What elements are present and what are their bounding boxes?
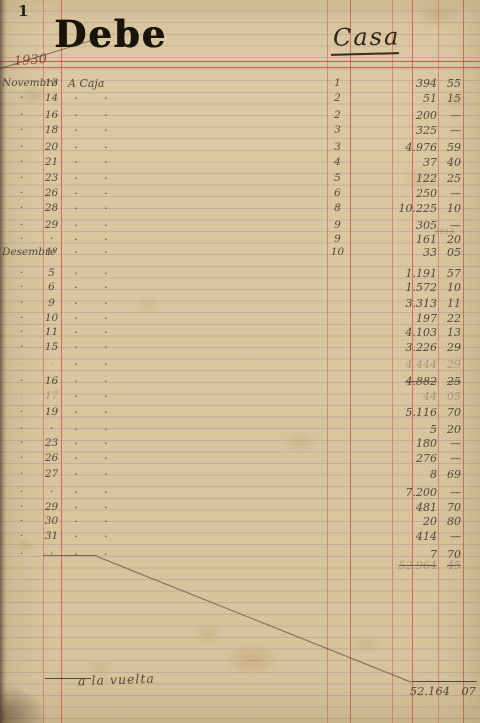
day-number: ·: [43, 423, 60, 436]
month-label: ·: [2, 468, 41, 481]
month-label: ·: [2, 390, 41, 403]
day-number: ·: [43, 486, 60, 499]
ditto-mark: ·: [104, 246, 108, 259]
ditto-mark: ·: [104, 141, 108, 154]
amount-pesetas: 4.976: [380, 141, 437, 154]
ledger-row: ·30··2080: [0, 515, 480, 529]
folio-number: 6: [327, 187, 348, 200]
month-label: ·: [2, 515, 41, 528]
amount-cents: 70: [440, 406, 461, 419]
amount-cents: 10: [440, 202, 461, 215]
ledger-row: ·19··5.11670: [0, 406, 480, 420]
ledger-row: ·23··512225: [0, 172, 480, 186]
amount-cents: 05: [440, 246, 461, 259]
ledger-row: ·17··4405: [0, 390, 480, 404]
amount-cents: 70: [440, 501, 461, 514]
amount-cents: 10: [440, 281, 461, 294]
amount-pesetas: 8: [380, 468, 437, 481]
day-number: 19: [43, 406, 60, 419]
account-title-casa: Casa: [333, 22, 401, 51]
ledger-row: ·31··414—: [0, 530, 480, 544]
day-number: 15: [43, 341, 60, 354]
day-number: 30: [43, 515, 60, 528]
amount-cents: 80: [440, 515, 461, 528]
month-label: ·: [2, 92, 41, 105]
ditto-mark: ·: [74, 515, 78, 528]
ledger-row: ·16··4.88225: [0, 375, 480, 389]
month-label: ·: [2, 406, 41, 419]
amount-pesetas: 250: [380, 187, 437, 200]
ledger-row: ·21··43740: [0, 156, 480, 170]
folio-number: 10: [327, 246, 348, 259]
amount-cents: 25: [440, 375, 461, 388]
folio-number: 4: [327, 156, 348, 169]
amount-pesetas: 51: [380, 92, 437, 105]
folio-number: 9: [327, 219, 348, 232]
day-number: 14: [43, 92, 60, 105]
folio-number: 3: [327, 124, 348, 137]
folio-number: 1: [327, 77, 348, 90]
ledger-page: 1 Debe Casa 1930 Novembre13A Caja139455·…: [0, 0, 480, 723]
day-number: 10: [43, 312, 60, 325]
folio-number: 2: [327, 109, 348, 122]
ditto-mark: ·: [104, 187, 108, 200]
day-number: 18: [43, 124, 60, 137]
ledger-row: Novembre13A Caja139455: [0, 77, 480, 91]
amount-cents: —: [440, 452, 461, 465]
ditto-mark: ·: [74, 326, 78, 339]
day-number: 27: [43, 468, 60, 481]
amount-cents: 29: [440, 341, 461, 354]
folio-number: 3: [327, 141, 348, 154]
ditto-mark: ·: [104, 326, 108, 339]
ditto-mark: ·: [74, 92, 78, 105]
day-number: 13: [43, 77, 60, 90]
description-entry: A Caja: [68, 77, 138, 90]
ledger-row: ····4.44429: [0, 358, 480, 372]
total-pesetas: 52.164: [380, 684, 450, 698]
day-number: 26: [43, 187, 60, 200]
closing-segment: [43, 555, 97, 556]
amount-pesetas: 5.116: [380, 406, 437, 419]
page-number: 1: [18, 2, 28, 20]
ledger-row: ·16··2200—: [0, 109, 480, 123]
folio-number: 2: [327, 92, 348, 105]
amount-cents: 13: [440, 326, 461, 339]
amount-cents: 45: [440, 559, 461, 572]
carried-forward-note: a la vuelta: [78, 671, 155, 689]
month-label: ·: [2, 187, 41, 200]
ledger-row: ·20··34.97659: [0, 141, 480, 155]
day-number: 1º: [43, 246, 60, 259]
ditto-mark: ·: [74, 358, 78, 371]
amount-pesetas: 1.572: [380, 281, 437, 294]
day-number: 26: [43, 452, 60, 465]
amount-pesetas: 10.225: [380, 202, 437, 215]
day-number: 31: [43, 530, 60, 543]
ditto-mark: ·: [104, 281, 108, 294]
ditto-mark: ·: [104, 515, 108, 528]
day-number: 11: [43, 326, 60, 339]
month-label: ·: [2, 423, 41, 436]
month-label: ·: [2, 501, 41, 514]
month-label: ·: [2, 219, 41, 232]
ledger-row: ·15··3.22629: [0, 341, 480, 355]
month-label: ·: [2, 452, 41, 465]
folio-number: 5: [327, 172, 348, 185]
day-number: ·: [43, 233, 60, 246]
amount-cents: 55: [440, 77, 461, 90]
ditto-mark: ·: [104, 172, 108, 185]
day-number: 23: [43, 437, 60, 450]
amount-pesetas: 414: [380, 530, 437, 543]
total-cents: 07: [452, 684, 476, 698]
ditto-mark: ·: [104, 156, 108, 169]
amount-cents: 57: [440, 267, 461, 280]
ledger-row: ·6··1.57210: [0, 281, 480, 295]
ditto-mark: ·: [74, 423, 78, 436]
day-number: 6: [43, 281, 60, 294]
ditto-mark: ·: [74, 312, 78, 325]
amount-cents: —: [440, 530, 461, 543]
amount-pesetas: 4.103: [380, 326, 437, 339]
ditto-mark: ·: [74, 297, 78, 310]
month-label: ·: [2, 233, 41, 246]
ditto-mark: ·: [74, 437, 78, 450]
day-number: 9: [43, 297, 60, 310]
ditto-mark: ·: [104, 124, 108, 137]
ditto-mark: ·: [104, 312, 108, 325]
ditto-mark: ·: [74, 109, 78, 122]
cancellation-diagonal-line: [97, 556, 412, 683]
page-title-debe: Debe: [54, 12, 167, 56]
ditto-mark: ·: [74, 172, 78, 185]
day-number: 29: [43, 219, 60, 232]
amount-pesetas: 180: [380, 437, 437, 450]
ditto-mark: ·: [74, 468, 78, 481]
day-number: ·: [43, 358, 60, 371]
amount-pesetas: 33: [380, 246, 437, 259]
month-label: Novembre: [2, 77, 41, 90]
ditto-mark: ·: [74, 501, 78, 514]
amount-pesetas: 325: [380, 124, 437, 137]
amount-pesetas: 52.964: [380, 559, 437, 572]
amount-cents: 11: [440, 297, 461, 310]
amount-pesetas: 3.313: [380, 297, 437, 310]
day-number: 16: [43, 109, 60, 122]
amount-cents: 29: [440, 358, 461, 371]
correction-ghost-number: 1913: [398, 225, 454, 238]
ditto-mark: ·: [104, 406, 108, 419]
total-overline: [412, 681, 477, 682]
month-label: ·: [2, 486, 41, 499]
ditto-mark: ·: [104, 202, 108, 215]
amount-pesetas: 276: [380, 452, 437, 465]
amount-cents: 15: [440, 92, 461, 105]
amount-cents: 59: [440, 141, 461, 154]
ledger-row: ·27··869: [0, 468, 480, 482]
ledger-row: ····9161201913: [0, 233, 480, 247]
ditto-mark: ·: [74, 267, 78, 280]
amount-pesetas: 4.444: [380, 358, 437, 371]
header-rule: [0, 61, 480, 68]
amount-pesetas: 44: [380, 390, 437, 403]
ledger-row: ·18··3325—: [0, 124, 480, 138]
ditto-mark: ·: [104, 390, 108, 403]
day-number: 29: [43, 501, 60, 514]
day-number: 21: [43, 156, 60, 169]
ditto-mark: ·: [74, 452, 78, 465]
ledger-row: ·26··6250—: [0, 187, 480, 201]
account-underline: [331, 52, 399, 55]
month-label: ·: [2, 358, 41, 371]
month-label: ·: [2, 281, 41, 294]
ledger-row: ·23··180—: [0, 437, 480, 451]
folio-number: 9: [327, 233, 348, 246]
ledger-row: 52.96445: [0, 559, 480, 573]
ditto-mark: ·: [74, 187, 78, 200]
amount-cents: —: [440, 124, 461, 137]
month-label: ·: [2, 141, 41, 154]
ledger-row: ·11··4.10313: [0, 326, 480, 340]
ditto-mark: ·: [74, 124, 78, 137]
month-label: ·: [2, 124, 41, 137]
ledger-row: ·9··3.31311: [0, 297, 480, 311]
ditto-mark: ·: [104, 423, 108, 436]
month-label: ·: [2, 312, 41, 325]
month-label: ·: [2, 109, 41, 122]
ditto-mark: ·: [104, 219, 108, 232]
ditto-mark: ·: [74, 375, 78, 388]
ditto-mark: ·: [104, 530, 108, 543]
ditto-mark: ·: [74, 246, 78, 259]
ditto-mark: ·: [104, 233, 108, 246]
amount-pesetas: 3.226: [380, 341, 437, 354]
amount-pesetas: 37: [380, 156, 437, 169]
month-label: ·: [2, 341, 41, 354]
ditto-mark: ·: [74, 406, 78, 419]
ditto-mark: ·: [104, 92, 108, 105]
amount-pesetas: 197: [380, 312, 437, 325]
ditto-mark: ·: [104, 375, 108, 388]
month-label: ·: [2, 267, 41, 280]
month-label: ·: [2, 172, 41, 185]
month-label: ·: [2, 437, 41, 450]
month-label: ·: [2, 202, 41, 215]
amount-cents: —: [440, 437, 461, 450]
amount-pesetas: 122: [380, 172, 437, 185]
ditto-mark: ·: [74, 530, 78, 543]
ledger-row: ·26··276—: [0, 452, 480, 466]
month-label: ·: [2, 530, 41, 543]
ditto-mark: ·: [74, 390, 78, 403]
amount-cents: 05: [440, 390, 461, 403]
ditto-mark: ·: [74, 281, 78, 294]
amount-pesetas: 481: [380, 501, 437, 514]
month-label: ·: [2, 375, 41, 388]
amount-pesetas: 200: [380, 109, 437, 122]
day-number: 17: [43, 390, 60, 403]
amount-cents: 25: [440, 172, 461, 185]
ledger-row: ·29··48170: [0, 501, 480, 515]
ledger-row: ·10··19722: [0, 312, 480, 326]
amount-pesetas: 4.882: [380, 375, 437, 388]
ditto-mark: ·: [74, 341, 78, 354]
amount-cents: 69: [440, 468, 461, 481]
amount-pesetas: 5: [380, 423, 437, 436]
folio-number: 8: [327, 202, 348, 215]
ditto-mark: ·: [74, 141, 78, 154]
month-label: ·: [2, 156, 41, 169]
day-number: 16: [43, 375, 60, 388]
ledger-row: ····7.200—: [0, 486, 480, 500]
day-number: 20: [43, 141, 60, 154]
amount-cents: —: [440, 109, 461, 122]
month-label: ·: [2, 297, 41, 310]
amount-cents: —: [440, 486, 461, 499]
ditto-mark: ·: [104, 341, 108, 354]
ditto-mark: ·: [104, 437, 108, 450]
amount-cents: 20: [440, 423, 461, 436]
amount-cents: 22: [440, 312, 461, 325]
ditto-mark: ·: [74, 202, 78, 215]
ditto-mark: ·: [74, 156, 78, 169]
day-number: 28: [43, 202, 60, 215]
day-number: 5: [43, 267, 60, 280]
ledger-row: Desembre1º··103305: [0, 246, 480, 260]
amount-pesetas: 20: [380, 515, 437, 528]
ledger-row: ·5··1.19157: [0, 267, 480, 281]
ledger-row: ····520: [0, 423, 480, 437]
ledger-row: ·28··810.22510: [0, 202, 480, 216]
ditto-mark: ·: [104, 501, 108, 514]
day-number: 23: [43, 172, 60, 185]
amount-pesetas: 1.191: [380, 267, 437, 280]
ledger-row: ·14··25115: [0, 92, 480, 106]
amount-cents: 40: [440, 156, 461, 169]
ditto-mark: ·: [74, 219, 78, 232]
ditto-mark: ·: [104, 297, 108, 310]
ditto-mark: ·: [104, 452, 108, 465]
ditto-mark: ·: [104, 109, 108, 122]
amount-cents: —: [440, 187, 461, 200]
ditto-mark: ·: [104, 468, 108, 481]
ditto-mark: ·: [104, 267, 108, 280]
amount-pesetas: 7.200: [380, 486, 437, 499]
ditto-mark: ·: [104, 358, 108, 371]
ditto-mark: ·: [104, 486, 108, 499]
month-label: ·: [2, 326, 41, 339]
ditto-mark: ·: [74, 486, 78, 499]
amount-pesetas: 394: [380, 77, 437, 90]
ditto-mark: ·: [74, 233, 78, 246]
month-label: Desembre: [2, 246, 41, 259]
